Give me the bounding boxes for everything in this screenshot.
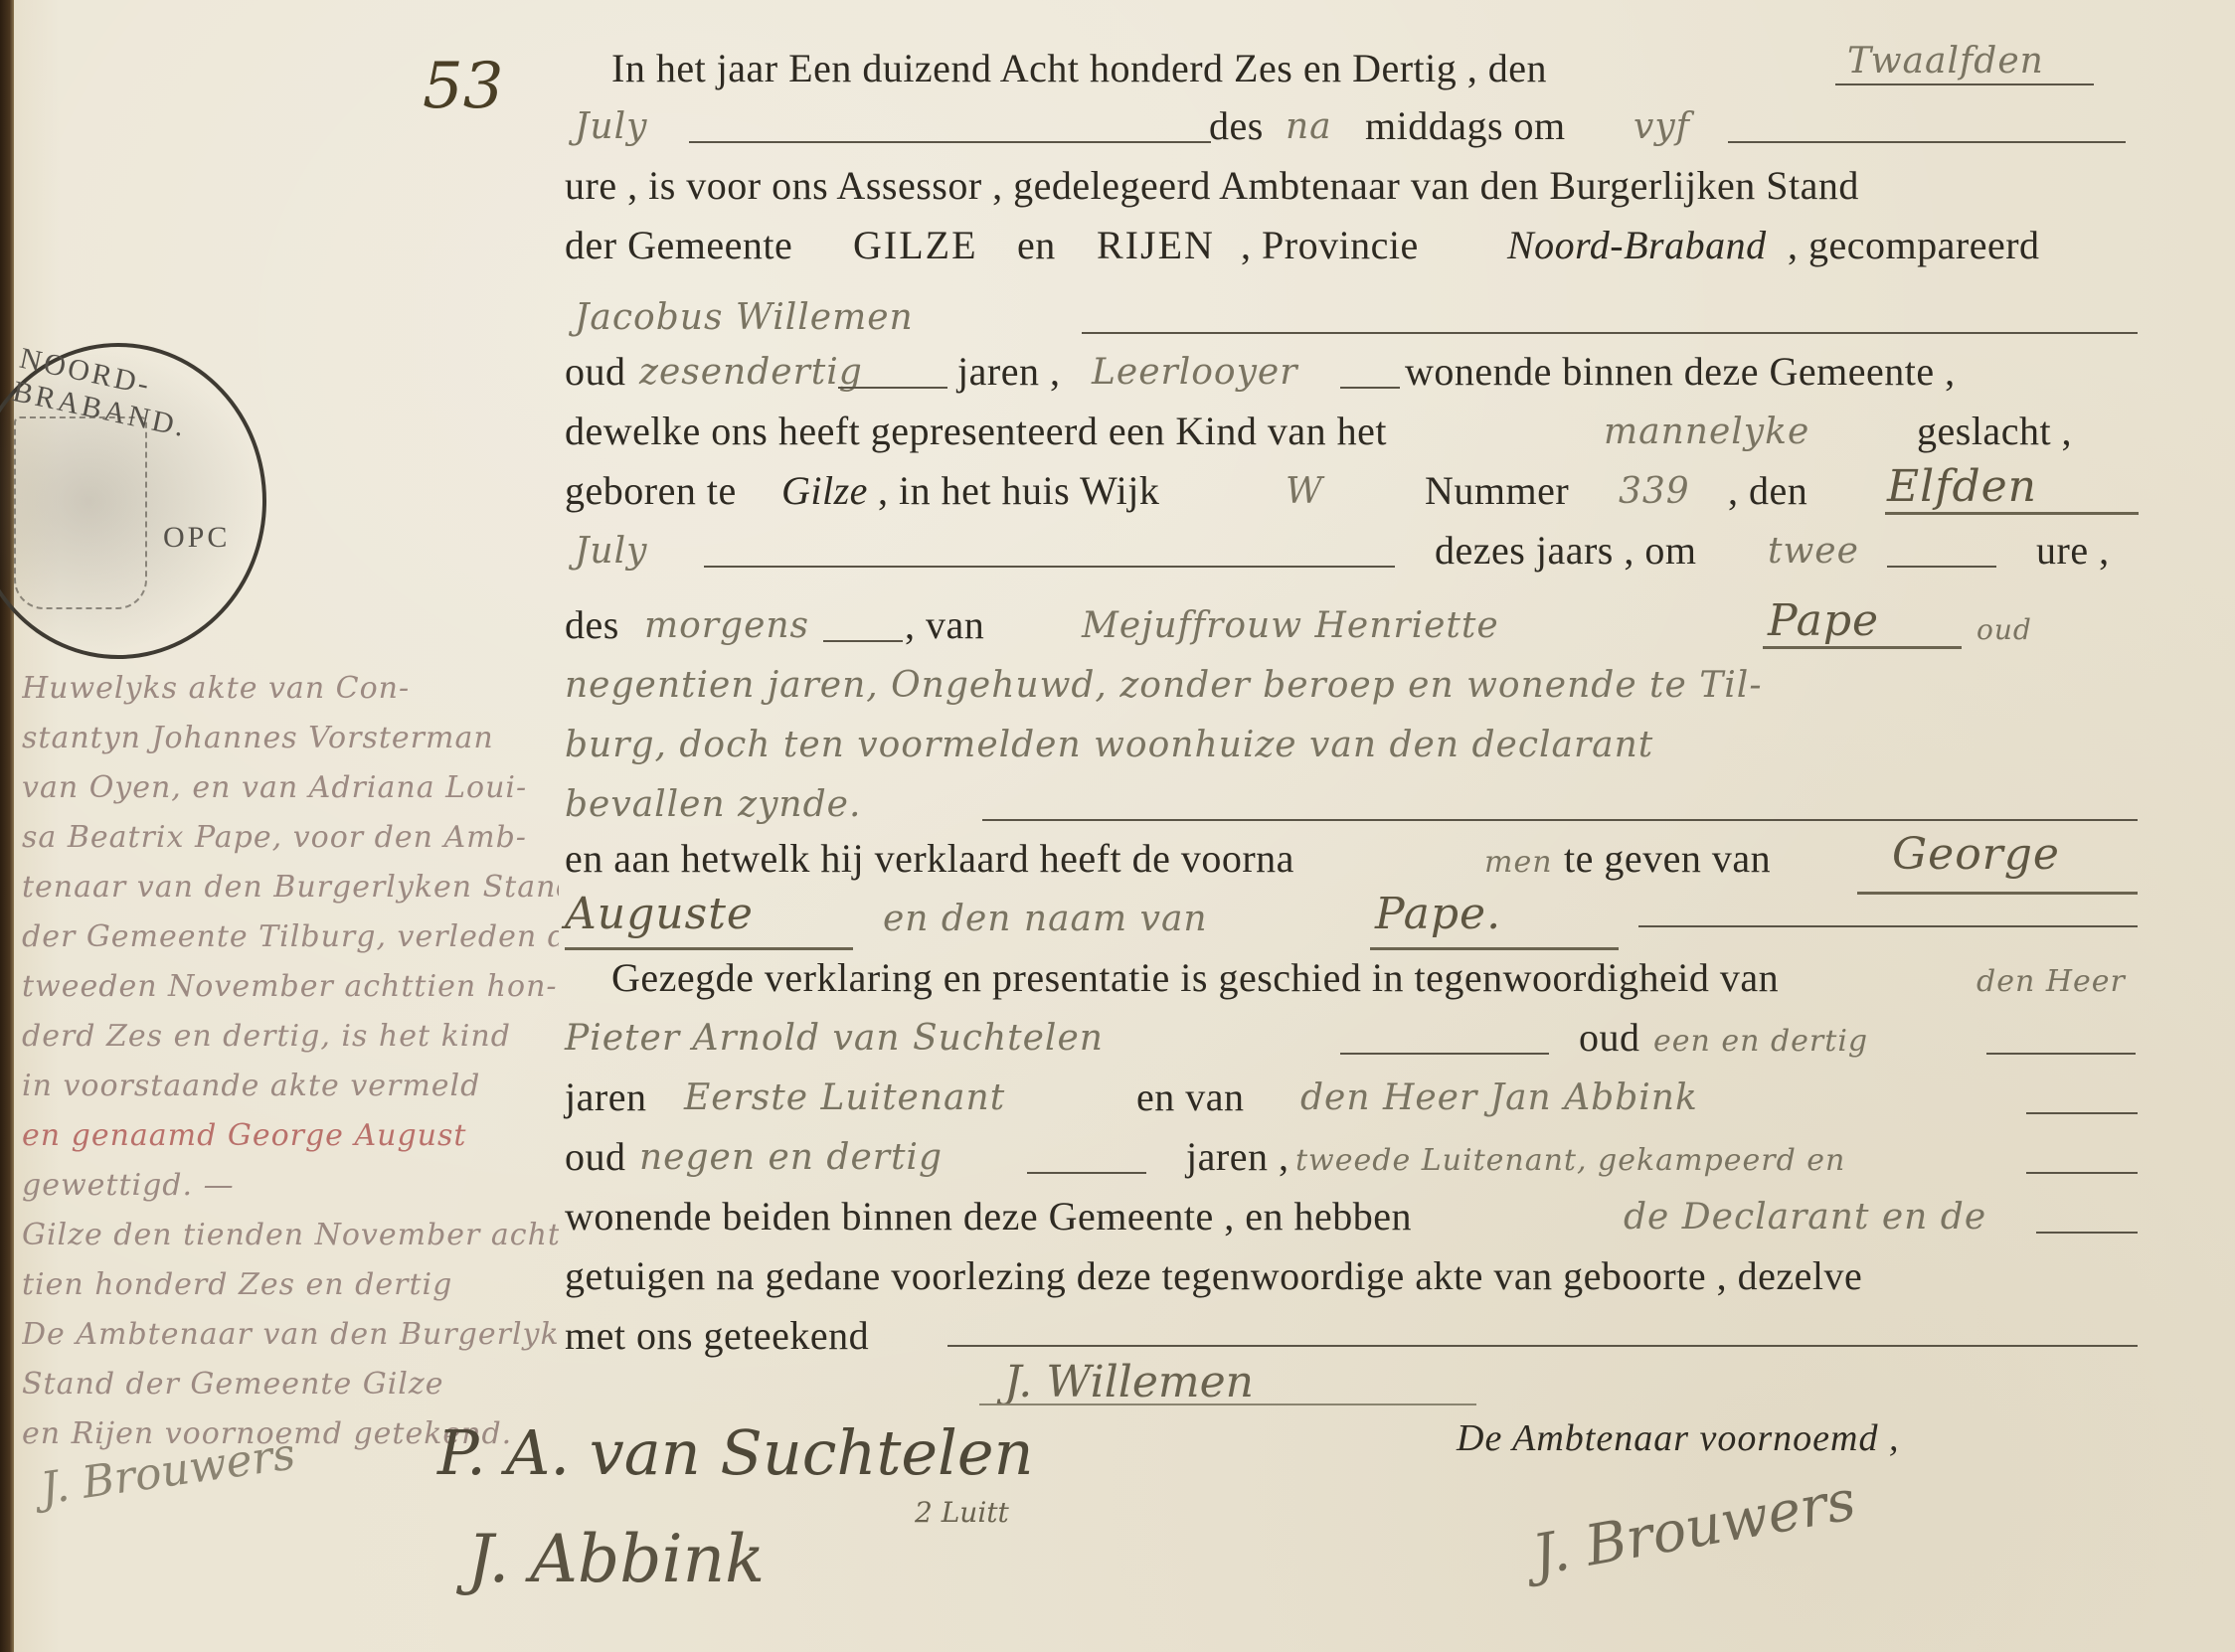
printed-text: In het jaar Een duizend Acht honderd Zes… bbox=[611, 45, 1547, 91]
hand-mother-name: Mejuffrouw Henriette bbox=[1082, 605, 1499, 646]
hand-hour: vyf bbox=[1633, 106, 1690, 147]
hand-witness1-name: Pieter Arnold van Suchtelen bbox=[565, 1018, 1104, 1059]
hand-child-firstname: George bbox=[1892, 829, 2060, 880]
margin-line: tien honderd Zes en dertig bbox=[22, 1267, 559, 1317]
printed-text: getuigen na gedane voorlezing deze tegen… bbox=[565, 1252, 1862, 1299]
record-line-15: Auguste en den naam van Pape. bbox=[565, 890, 2138, 949]
fill-line bbox=[947, 1345, 2138, 1347]
margin-line: in voorstaande akte vermeld bbox=[22, 1069, 559, 1118]
signature-witness1: P. A. van Suchtelen bbox=[437, 1416, 1034, 1489]
margin-line: Gilze den tienden November acht- bbox=[22, 1218, 559, 1267]
fill-line bbox=[2026, 1112, 2138, 1114]
hand-witness1-age: een en dertig bbox=[1653, 1024, 1868, 1059]
hand-suffix: men bbox=[1484, 845, 1553, 880]
printed-text: jaren bbox=[565, 1074, 646, 1120]
hand-witness1-occupation: Eerste Luitenant bbox=[684, 1077, 1005, 1118]
printed-text: ure , is voor ons Assessor , gedelegeerd… bbox=[565, 162, 1859, 209]
signature-witness2-title: 2 Luitt bbox=[915, 1496, 1009, 1529]
printed-text: jaren , bbox=[1186, 1133, 1289, 1180]
municipality-gilze: GILZE bbox=[853, 222, 978, 268]
printed-text: en van bbox=[1136, 1074, 1245, 1120]
stamp-coat-of-arms bbox=[14, 416, 147, 609]
printed-text: , den bbox=[1728, 467, 1807, 514]
printed-text: en aan hetwelk hij verklaard heeft de vo… bbox=[565, 835, 1294, 882]
printed-text: jaren , bbox=[957, 348, 1060, 395]
birthplace: Gilze bbox=[781, 467, 868, 514]
printed-text: en bbox=[1017, 222, 1056, 268]
record-line-20: wonende beiden binnen deze Gemeente , en… bbox=[565, 1188, 2138, 1247]
printed-text: ure , bbox=[2036, 527, 2110, 574]
printed-text: wonende beiden binnen deze Gemeente , en… bbox=[565, 1193, 1412, 1239]
hand-oud: oud bbox=[1977, 613, 2032, 646]
record-line-18: jaren Eerste Luitenant en van den Heer J… bbox=[565, 1069, 2138, 1128]
entry-number: 53 bbox=[423, 50, 503, 123]
hand-text: negentien jaren, Ongehuwd, zonder beroep… bbox=[565, 665, 1762, 706]
book-binding-edge bbox=[0, 0, 14, 1652]
fill-line bbox=[704, 566, 1395, 568]
fill-line bbox=[1340, 387, 1400, 389]
signature-declarant: J. Willemen bbox=[1004, 1357, 1254, 1407]
fill-line bbox=[1887, 566, 1996, 568]
margin-line: en genaamd George August bbox=[22, 1118, 559, 1168]
printed-text: , Provincie bbox=[1241, 222, 1419, 268]
record-line-19: oud negen en dertig jaren , tweede Luite… bbox=[565, 1128, 2138, 1188]
margin-line: gewettigd. — bbox=[22, 1168, 559, 1218]
printed-text: oud bbox=[565, 348, 626, 395]
hand-child-firstname-2: Auguste bbox=[565, 889, 754, 939]
record-line-5: Jacobus Willemen bbox=[565, 288, 2138, 348]
hand-child-surname: Pape. bbox=[1375, 889, 1501, 939]
margin-line: stantyn Johannes Vorsterman bbox=[22, 721, 559, 770]
margin-line: Huwelyks akte van Con- bbox=[22, 671, 559, 721]
hand-time-of-day: morgens bbox=[644, 605, 809, 646]
printed-text: des bbox=[565, 601, 619, 648]
record-line-17: Pieter Arnold van Suchtelen oud een en d… bbox=[565, 1009, 2138, 1069]
printed-text: des bbox=[1209, 102, 1264, 149]
hand-witness2-name: den Heer Jan Abbink bbox=[1300, 1077, 1698, 1118]
hand-witness2-age: negen en dertig bbox=[639, 1137, 943, 1178]
margin-line: Stand der Gemeente Gilze bbox=[22, 1367, 559, 1416]
fill-line bbox=[1728, 141, 2126, 143]
hand-text: bevallen zynde. bbox=[565, 784, 861, 825]
printed-text: met ons geteekend bbox=[565, 1312, 869, 1359]
fill-line bbox=[838, 387, 947, 389]
fill-line bbox=[823, 640, 903, 642]
fill-line bbox=[1638, 925, 2138, 927]
fill-line bbox=[1082, 332, 2138, 334]
fill-line bbox=[982, 819, 2138, 821]
hand-occupation: Leerlooyer bbox=[1092, 352, 1297, 393]
printed-text: geslacht , bbox=[1917, 408, 2072, 454]
hand-na: na bbox=[1286, 106, 1332, 147]
hand-witness2-occupation: tweede Luitenant, gekampeerd en bbox=[1295, 1143, 1845, 1178]
official-label: De Ambtenaar voornoemd , bbox=[1457, 1416, 1899, 1460]
hand-day: Twaalfden bbox=[1847, 41, 2044, 82]
province-name: Noord-Braband bbox=[1507, 222, 1767, 268]
record-line-14: en aan hetwelk hij verklaard heeft de vo… bbox=[565, 830, 2138, 890]
printed-text: middags om bbox=[1365, 102, 1566, 149]
margin-line: sa Beatrix Pape, voor den Amb- bbox=[22, 820, 559, 870]
hand-house-number: 339 bbox=[1619, 471, 1690, 512]
printed-text: geboren te bbox=[565, 467, 737, 514]
printed-text: , gecompareerd bbox=[1788, 222, 2040, 268]
record-line-12: burg, doch ten voormelden woonhuize van … bbox=[565, 716, 2138, 775]
fill-line bbox=[1986, 1053, 2136, 1055]
hand-birth-day: Elfden bbox=[1887, 461, 2037, 512]
margin-line: De Ambtenaar van den Burgerlyken bbox=[22, 1317, 559, 1367]
printed-text: oud bbox=[1579, 1014, 1640, 1061]
record-line-13: bevallen zynde. bbox=[565, 775, 2138, 835]
hand-declarant-name: Jacobus Willemen bbox=[575, 297, 914, 338]
record-line-21: getuigen na gedane voorlezing deze tegen… bbox=[565, 1247, 2138, 1307]
underline bbox=[1763, 646, 1962, 649]
margin-line: tweeden November achttien hon- bbox=[22, 969, 559, 1019]
fill-line bbox=[2026, 1172, 2138, 1174]
hand-month: July bbox=[575, 106, 647, 147]
hand-mother-surname: Pape bbox=[1768, 595, 1879, 646]
record-line-3: ure , is voor ons Assessor , gedelegeerd… bbox=[565, 157, 2138, 217]
record-line-16: Gezegde verklaring en presentatie is ges… bbox=[565, 949, 2138, 1009]
record-line-7: dewelke ons heeft gepresenteerd een Kind… bbox=[565, 403, 2138, 462]
underline bbox=[1885, 512, 2139, 515]
record-line-6: oud zesendertig jaren , Leerlooyer wonen… bbox=[565, 343, 2138, 403]
printed-text: der Gemeente bbox=[565, 222, 792, 268]
record-line-2: July des na middags om vyf bbox=[565, 97, 2138, 157]
printed-text: te geven van bbox=[1564, 835, 1771, 882]
printed-text: wonende binnen deze Gemeente , bbox=[1405, 348, 1956, 395]
fill-line bbox=[689, 141, 1211, 143]
printed-text: Gezegde verklaring en presentatie is ges… bbox=[611, 954, 1779, 1001]
printed-text: , van bbox=[905, 601, 984, 648]
printed-text: dezes jaars , om bbox=[1435, 527, 1696, 574]
record-line-1: In het jaar Een duizend Acht honderd Zes… bbox=[565, 40, 2138, 99]
hand-age: zesendertig bbox=[639, 352, 863, 393]
printed-text: dewelke ons heeft gepresenteerd een Kind… bbox=[565, 408, 1387, 454]
hand-birth-hour: twee bbox=[1768, 531, 1859, 572]
margin-annotation: Huwelyks akte van Con- stantyn Johannes … bbox=[22, 671, 559, 1466]
hand-text: en den naam van bbox=[883, 899, 1208, 939]
record-line-22: met ons geteekend bbox=[565, 1307, 2138, 1367]
hand-birth-month: July bbox=[575, 531, 647, 572]
margin-line: tenaar van den Burgerlyken Stand bbox=[22, 870, 559, 919]
fill-line bbox=[2036, 1232, 2138, 1234]
record-line-11: negentien jaren, Ongehuwd, zonder beroep… bbox=[565, 656, 2138, 716]
printed-text: oud bbox=[565, 1133, 626, 1180]
signature-witness2: J. Abbink bbox=[467, 1521, 765, 1597]
margin-line: derd Zes en dertig, is het kind bbox=[22, 1019, 559, 1069]
fill-line bbox=[1835, 83, 2094, 85]
record-line-9: July dezes jaars , om twee ure , bbox=[565, 522, 2138, 581]
printed-text: , in het huis Wijk bbox=[878, 467, 1159, 514]
margin-line: der Gemeente Tilburg, verleden den bbox=[22, 919, 559, 969]
stamp-right-text: OPC bbox=[163, 521, 230, 555]
margin-line: van Oyen, en van Adriana Loui- bbox=[22, 770, 559, 820]
hand-wijk: W bbox=[1286, 471, 1323, 512]
hand-text: burg, doch ten voormelden woonhuize van … bbox=[565, 725, 1653, 765]
fill-line bbox=[1027, 1172, 1146, 1174]
hand-sex: mannelyke bbox=[1604, 412, 1809, 452]
record-line-4: der Gemeente GILZE en RIJEN , Provincie … bbox=[565, 217, 2138, 276]
printed-text: Nummer bbox=[1425, 467, 1569, 514]
record-line-10: des morgens , van Mejuffrouw Henriette P… bbox=[565, 596, 2138, 656]
signature-line bbox=[979, 1404, 1476, 1405]
record-line-8: geboren te Gilze , in het huis Wijk W Nu… bbox=[565, 462, 2138, 522]
municipality-rijen: RIJEN bbox=[1097, 222, 1215, 268]
hand-text: de Declarant en de bbox=[1624, 1197, 1986, 1238]
hand-text: den Heer bbox=[1977, 964, 2126, 999]
fill-line bbox=[1340, 1053, 1549, 1055]
